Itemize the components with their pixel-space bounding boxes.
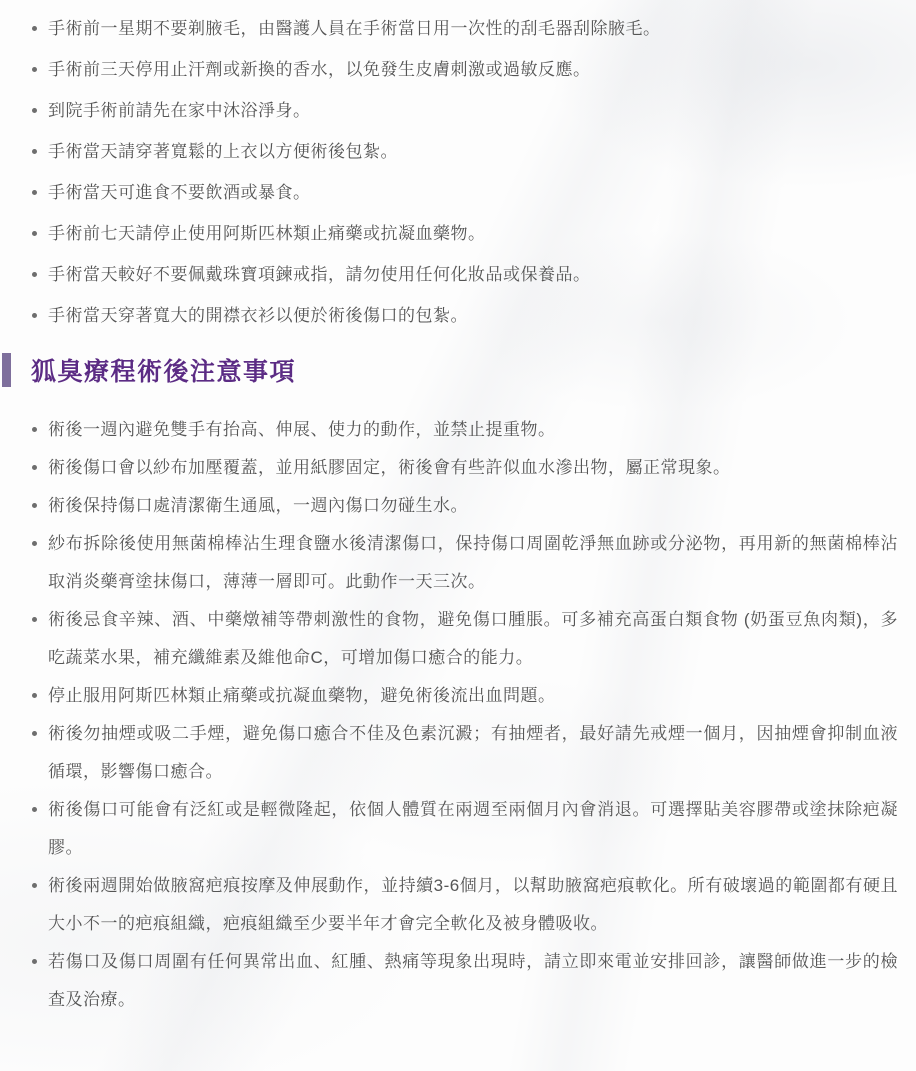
preop-instructions-list: 手術前一星期不要剃腋毛，由醫護人員在手術當日用一次性的刮毛器刮除腋毛。手術前三天… [0,10,916,335]
section-header: 狐臭療程術後注意事項 [2,351,916,389]
list-item: 紗布拆除後使用無菌棉棒沾生理食鹽水後清潔傷口，保持傷口周圍乾淨無血跡或分泌物，再… [31,525,898,601]
list-item: 停止服用阿斯匹林類止痛藥或抗凝血藥物，避免術後流出血問題。 [31,677,898,715]
list-item: 到院手術前請先在家中沐浴淨身。 [31,92,898,130]
postop-instructions-list: 術後一週內避免雙手有抬高、伸展、使力的動作，並禁止提重物。術後傷口會以紗布加壓覆… [0,411,916,1019]
list-item: 手術當天可進食不要飲酒或暴食。 [31,174,898,212]
list-item: 手術前七天請停止使用阿斯匹林類止痛藥或抗凝血藥物。 [31,215,898,253]
list-item: 手術當天請穿著寬鬆的上衣以方便術後包紮。 [31,133,898,171]
list-item: 手術當天較好不要佩戴珠寶項鍊戒指，請勿使用任何化妝品或保養品。 [31,256,898,294]
list-item: 手術前一星期不要剃腋毛，由醫護人員在手術當日用一次性的刮毛器刮除腋毛。 [31,10,898,48]
list-item: 手術當天穿著寬大的開襟衣衫以便於術後傷口的包紮。 [31,297,898,335]
care-instructions-page: 手術前一星期不要剃腋毛，由醫護人員在手術當日用一次性的刮毛器刮除腋毛。手術前三天… [0,0,916,1071]
list-item: 術後傷口會以紗布加壓覆蓋，並用紙膠固定，術後會有些許似血水滲出物，屬正常現象。 [31,449,898,487]
list-item: 術後一週內避免雙手有抬高、伸展、使力的動作，並禁止提重物。 [31,411,898,449]
list-item: 若傷口及傷口周圍有任何異常出血、紅腫、熱痛等現象出現時，請立即來電並安排回診，讓… [31,943,898,1019]
accent-bar [2,353,11,387]
list-item: 術後兩週開始做腋窩疤痕按摩及伸展動作，並持續3-6個月，以幫助腋窩疤痕軟化。所有… [31,867,898,943]
list-item: 術後傷口可能會有泛紅或是輕微隆起，依個人體質在兩週至兩個月內會消退。可選擇貼美容… [31,791,898,867]
list-item: 手術前三天停用止汗劑或新換的香水，以免發生皮膚刺激或過敏反應。 [31,51,898,89]
list-item: 術後勿抽煙或吸二手煙，避免傷口癒合不佳及色素沉澱；有抽煙者，最好請先戒煙一個月，… [31,715,898,791]
page-title: 狐臭療程術後注意事項 [31,352,296,388]
list-item: 術後忌食辛辣、酒、中藥燉補等帶刺激性的食物，避免傷口腫脹。可多補充高蛋白類食物 … [31,601,898,677]
list-item: 術後保持傷口處清潔衛生通風，一週內傷口勿碰生水。 [31,487,898,525]
